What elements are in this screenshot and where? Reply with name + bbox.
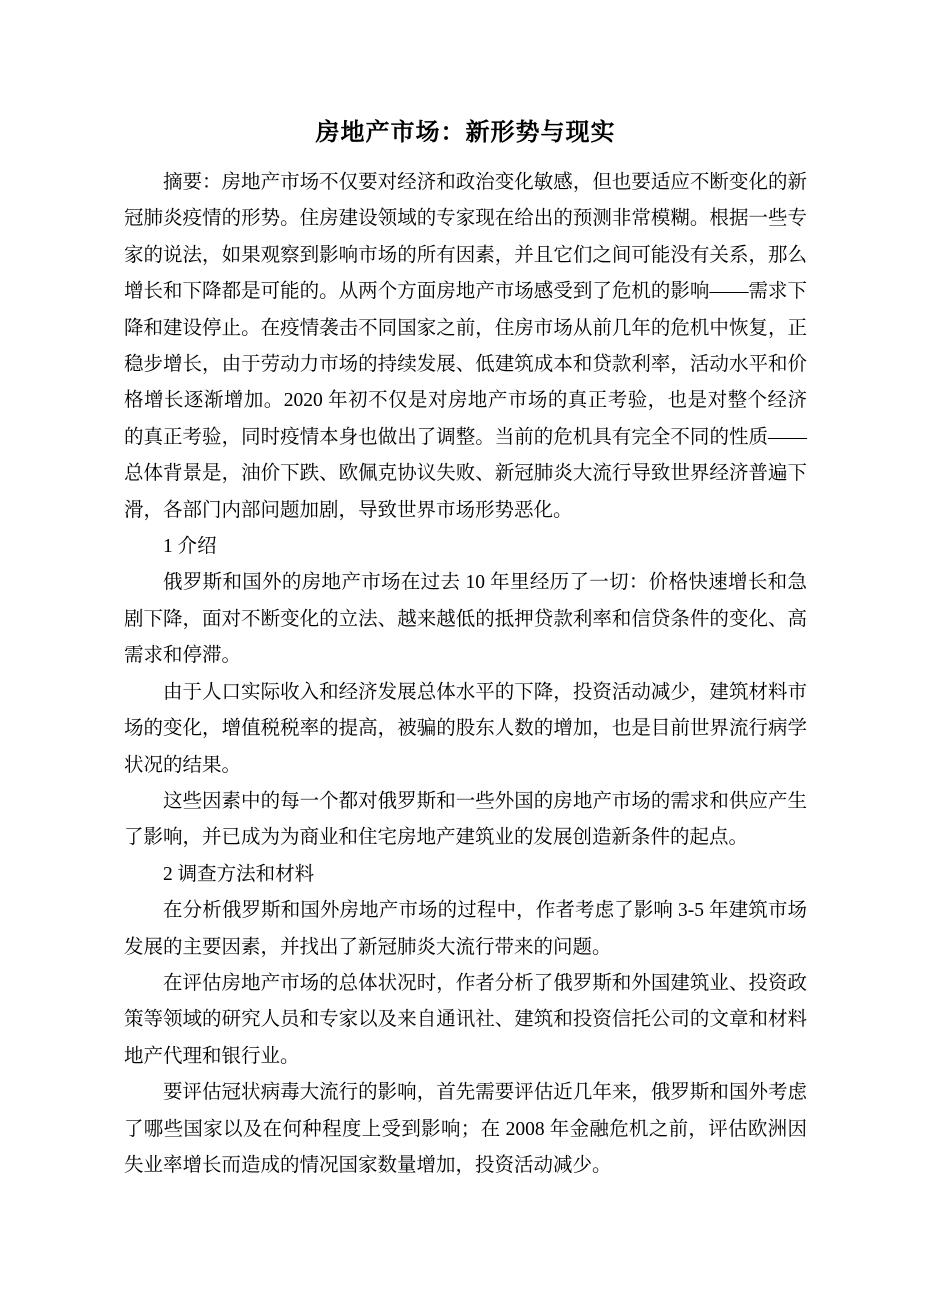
paragraph: 由于人口实际收入和经济发展总体水平的下降，投资活动减少，建筑材料市场的变化，增值… <box>124 675 807 784</box>
paragraph: 要评估冠状病毒大流行的影响，首先需要评估近几年来，俄罗斯和国外考虑了哪些国家以及… <box>124 1075 807 1184</box>
section-heading-introduction: 1 介绍 <box>124 529 807 565</box>
paragraph: 这些因素中的每一个都对俄罗斯和一些外国的房地产市场的需求和供应产生了影响，并已成… <box>124 784 807 857</box>
abstract-paragraph: 摘要：房地产市场不仅要对经济和政治变化敏感，但也要适应不断变化的新冠肺炎疫情的形… <box>124 165 807 529</box>
paragraph: 在评估房地产市场的总体状况时，作者分析了俄罗斯和外国建筑业、投资政策等领域的研究… <box>124 966 807 1075</box>
section-heading-methods: 2 调查方法和材料 <box>124 857 807 893</box>
document-content: 房地产市场：新形势与现实 摘要：房地产市场不仅要对经济和政治变化敏感，但也要适应… <box>124 118 807 1184</box>
document-page: 房地产市场：新形势与现实 摘要：房地产市场不仅要对经济和政治变化敏感，但也要适应… <box>0 0 926 1309</box>
paragraph: 在分析俄罗斯和国外房地产市场的过程中，作者考虑了影响 3-5 年建筑市场发展的主… <box>124 893 807 966</box>
paragraph: 俄罗斯和国外的房地产市场在过去 10 年里经历了一切：价格快速增长和急剧下降，面… <box>124 565 807 674</box>
document-title: 房地产市场：新形势与现实 <box>124 118 807 148</box>
